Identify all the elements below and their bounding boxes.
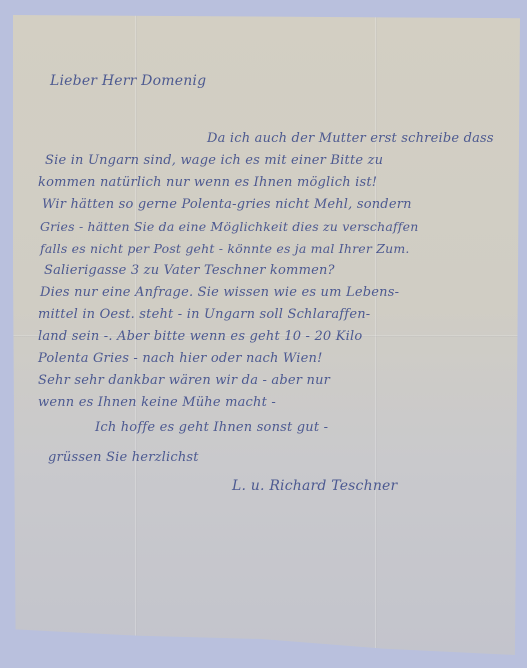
- letter-line: falls es nicht per Post geht - könnte es…: [40, 241, 410, 256]
- letter-line: Dies nur eine Anfrage. Sie wissen wie es…: [40, 285, 399, 300]
- letter-line: Polenta Gries - nach hier oder nach Wien…: [38, 351, 323, 366]
- letter-line: mittel in Oest. steht - in Ungarn soll S…: [38, 307, 370, 322]
- letter-line: wenn es Ihnen keine Mühe macht -: [38, 395, 276, 410]
- letter-line: Da ich auch der Mutter erst schreibe das…: [207, 131, 494, 146]
- letter-signature: L. u. Richard Teschner: [232, 478, 397, 494]
- letter-line: Wir hätten so gerne Polenta-gries nicht …: [42, 197, 412, 212]
- letter-line: Sie in Ungarn sind, wage ich es mit eine…: [45, 153, 383, 168]
- letter-line: land sein -. Aber bitte wenn es geht 10 …: [38, 329, 362, 344]
- letter-line: Sehr sehr dankbar wären wir da - aber nu…: [38, 373, 330, 388]
- letter-greeting: grüssen Sie herzlichst: [48, 450, 199, 465]
- letter-closing-line: Ich hoffe es geht Ihnen sonst gut -: [95, 420, 328, 435]
- letter-salutation: Lieber Herr Domenig: [50, 73, 206, 89]
- letter-line: kommen natürlich nur wenn es Ihnen mögli…: [38, 175, 377, 190]
- letter-line: Gries - hätten Sie da eine Möglichkeit d…: [40, 219, 418, 234]
- letter-line: Salierigasse 3 zu Vater Teschner kommen?: [44, 263, 335, 278]
